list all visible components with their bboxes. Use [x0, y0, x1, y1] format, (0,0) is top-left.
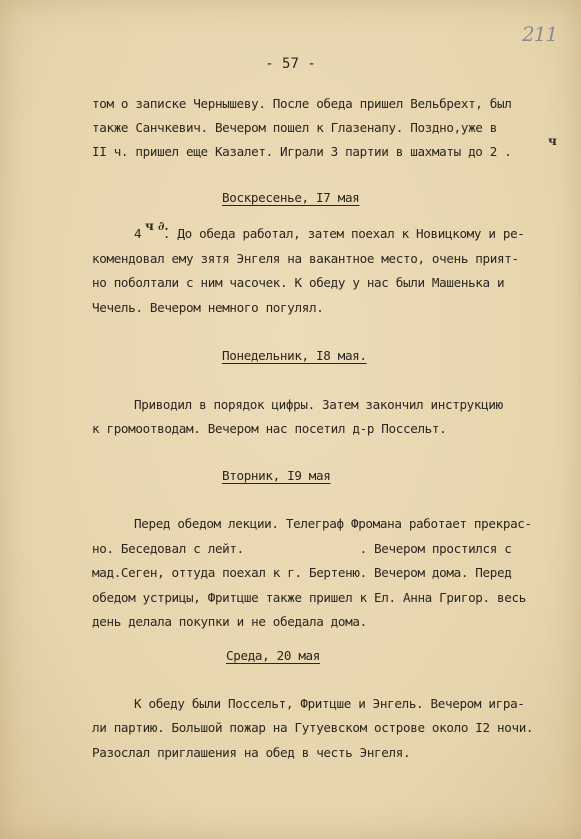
handwritten-annotation: ч: [548, 134, 557, 148]
text-line: ли партию. Большой пожар на Гутуевском о…: [92, 720, 533, 735]
text-line: обедом устрицы, Фритцше также пришел к Е…: [92, 590, 526, 605]
entry-heading-tuesday: Вторник, I9 мая: [222, 468, 330, 483]
text-line: комендовал ему зятя Энгеля на вакантное …: [92, 251, 519, 266]
text-line: Перед обедом лекции. Телеграф Фромана ра…: [134, 516, 532, 531]
text-line: но. Беседовал с лейт. . Вечером простилс…: [92, 541, 511, 556]
entry-heading-sunday: Воскресенье, I7 мая: [222, 190, 359, 205]
entry-heading-monday: Понедельник, I8 мая.: [222, 348, 367, 363]
handwritten-annotation: ч ∂.: [145, 219, 169, 233]
text-line: Приводил в порядок цифры. Затем закончил…: [134, 397, 503, 412]
text-line: 4 . До обеда работал, затем поехал к Нов…: [134, 226, 525, 241]
text-line: том о записке Чернышеву. После обеда при…: [92, 96, 511, 111]
text-line: Разослал приглашения на обед в честь Энг…: [92, 745, 410, 760]
text-line: также Санчкевич. Вечером пошел к Глазена…: [92, 120, 497, 135]
text-line: мад.Сеген, оттуда поехал к г. Бертеню. В…: [92, 565, 511, 580]
page-number: - 57 -: [0, 56, 581, 72]
text-line: день делала покупки и не обедала дома.: [92, 614, 367, 629]
text-line: К обеду были Поссельт, Фритцше и Энгель.…: [134, 696, 525, 711]
text-line: Чечель. Вечером немного погулял.: [92, 300, 323, 315]
text-line: к громоотводам. Вечером нас посетил д-р …: [92, 421, 446, 436]
archive-folio-number: 211: [522, 22, 557, 46]
text-line: но поболтали с ним часочек. К обеду у на…: [92, 275, 504, 290]
text-line: II ч. пришел еще Казалет. Играли 3 парти…: [92, 144, 511, 159]
typewritten-page: 211 - 57 - том о записке Чернышеву. Посл…: [0, 0, 581, 839]
entry-heading-wednesday: Среда, 20 мая: [226, 648, 320, 663]
